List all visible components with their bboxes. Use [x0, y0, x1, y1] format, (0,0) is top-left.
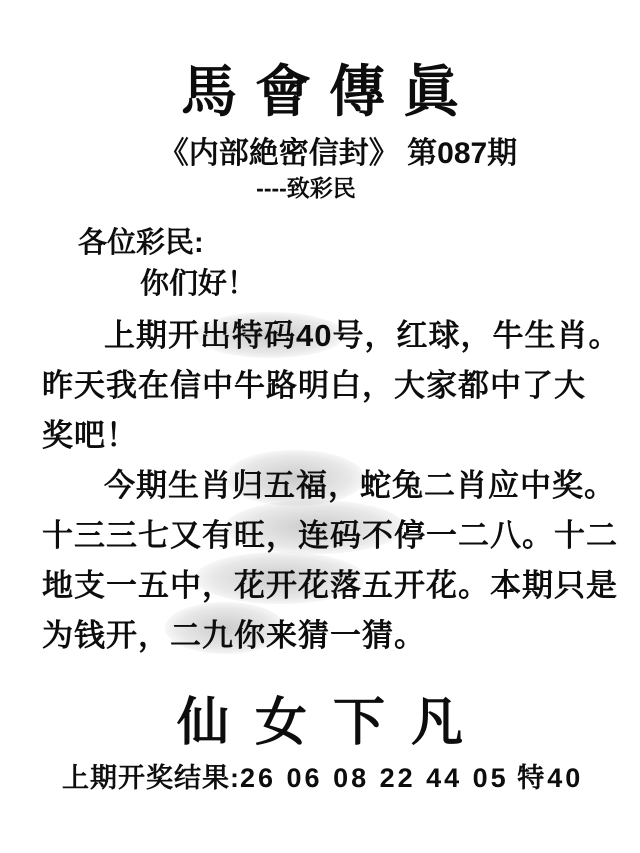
greeting: 你们好！	[140, 261, 256, 302]
letter-line: 昨天我在信中牛路明白，大家都中了大	[42, 361, 602, 411]
salutation: 各位彩民:	[78, 220, 204, 261]
slogan-phrase: 仙女下凡	[0, 680, 640, 755]
letter-line: 为钱开，二九你来猜一猜。	[42, 611, 602, 661]
dedication-line: ----致彩民	[0, 170, 626, 203]
fax-document: 馬會傳眞 《内部絶密信封》 第087期 ----致彩民 各位彩民: 你们好！ 上…	[0, 0, 640, 853]
letter-line: 奖吧！	[42, 411, 602, 461]
last-draw-special: 特40	[517, 763, 583, 793]
last-draw-numbers: 26 06 08 22 44 05	[240, 763, 509, 793]
document-subtitle: 《内部絶密信封》 第087期	[18, 128, 640, 172]
last-draw-result: 上期开奖结果:26 06 08 22 44 05 特40	[62, 756, 583, 795]
letter-body: 上期开出特码40号，红球，牛生肖。 昨天我在信中牛路明白，大家都中了大 奖吧！ …	[42, 311, 602, 661]
letter-line: 上期开出特码40号，红球，牛生肖。	[42, 311, 602, 361]
document-title: 馬會傳眞	[0, 48, 640, 128]
last-draw-label: 上期开奖结果:	[62, 763, 240, 793]
letter-line: 地支一五中，花开花落五开花。本期只是	[42, 561, 602, 611]
letter-line: 今期生肖归五福，蛇兔二肖应中奖。	[42, 461, 602, 511]
letter-line: 十三三七又有旺，连码不停一二八。十二	[42, 511, 602, 561]
